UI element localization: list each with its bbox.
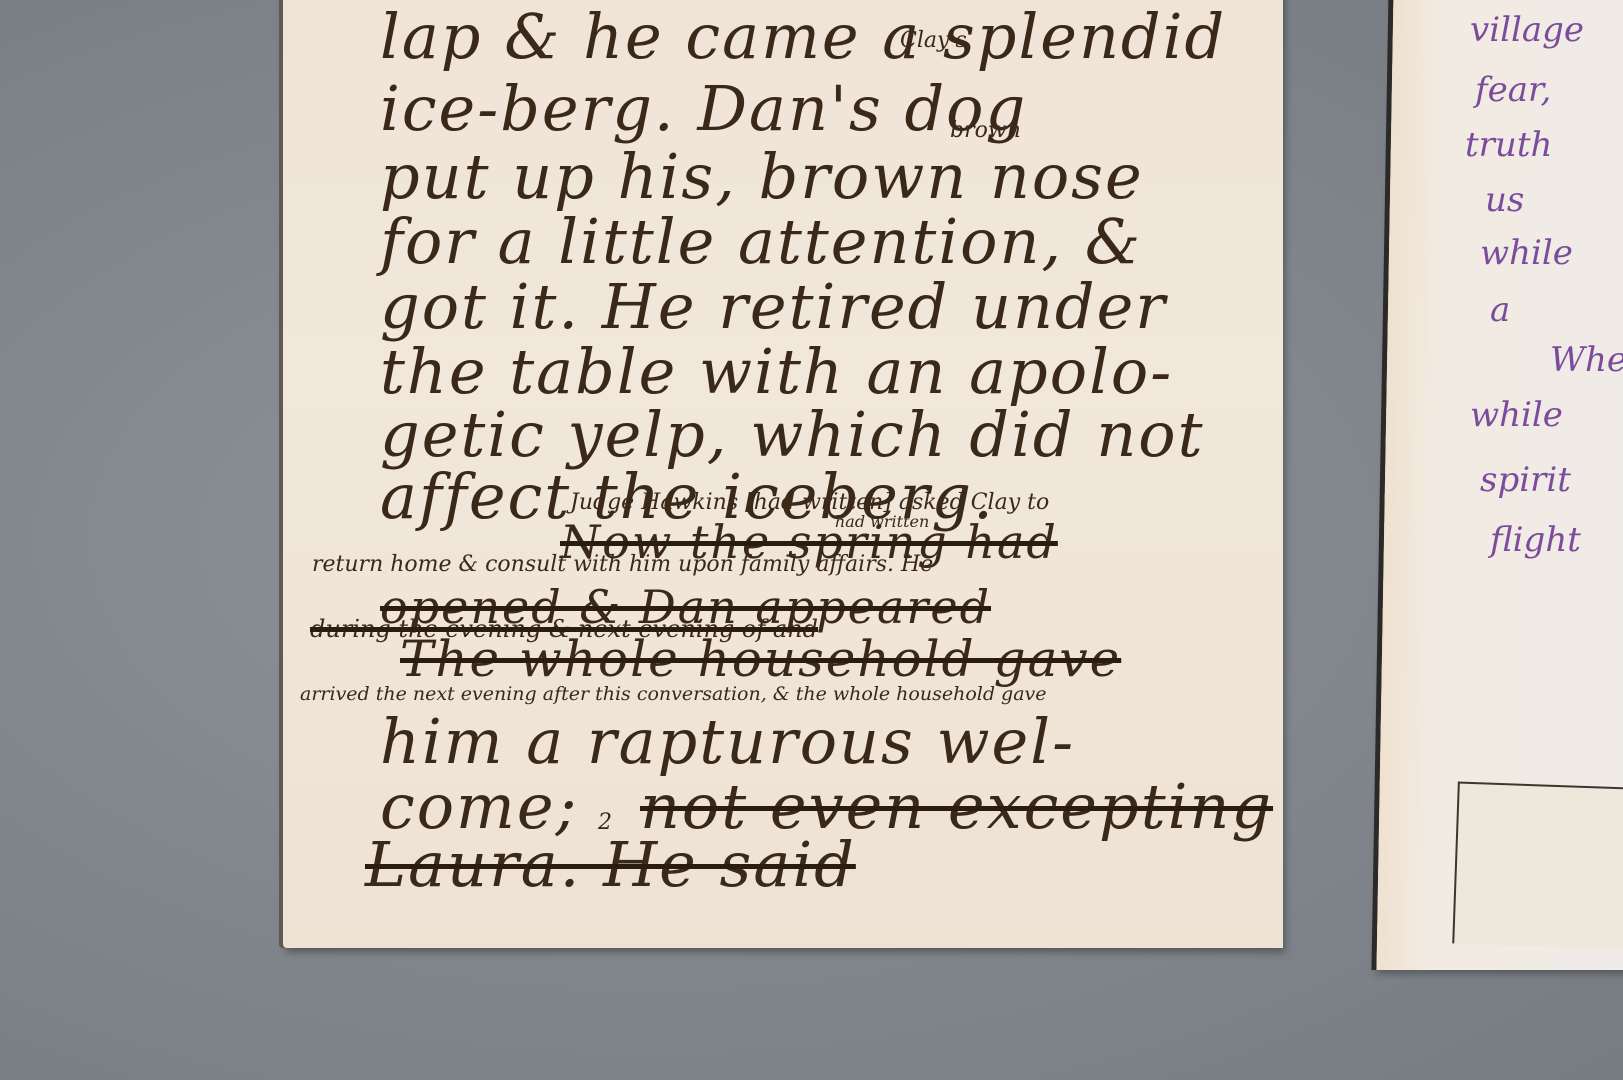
right-page-line: while — [1470, 395, 1563, 435]
handwritten-line: for a little attention, & — [380, 205, 1142, 278]
handwritten-line: him a rapturous wel- — [380, 705, 1075, 778]
insertion-arrived-line: arrived the next evening after this conv… — [300, 683, 1047, 705]
insertion-clays: Clay's — [900, 28, 967, 53]
right-page-line: us — [1485, 180, 1524, 220]
right-page-line: while — [1480, 233, 1573, 273]
struck-line: The whole household gave — [400, 630, 1121, 688]
right-page-line: a — [1490, 290, 1510, 330]
insertion-judge-line: Judge Hawkins [had written] asked Clay t… — [570, 490, 1049, 515]
handwritten-line: lap & he came a splendid — [380, 0, 1226, 73]
handwritten-line: got it. He retired under — [380, 270, 1167, 343]
struck-line: Laura. He said — [365, 828, 856, 901]
handwritten-line: put up his, brown nose — [380, 140, 1144, 213]
right-page-line: spirit — [1480, 460, 1571, 500]
right-page-line: village — [1470, 10, 1584, 50]
right-page-line: truth — [1465, 125, 1552, 165]
insertion-return-line: return home & consult with him upon fami… — [312, 552, 933, 577]
envelope-flap — [1452, 782, 1623, 951]
right-page-line: When — [1550, 340, 1623, 380]
right-page-line: flight — [1490, 520, 1581, 560]
handwritten-line: ice-berg. Dan's dog — [380, 72, 1027, 145]
right-page-line: fear, — [1475, 70, 1551, 110]
